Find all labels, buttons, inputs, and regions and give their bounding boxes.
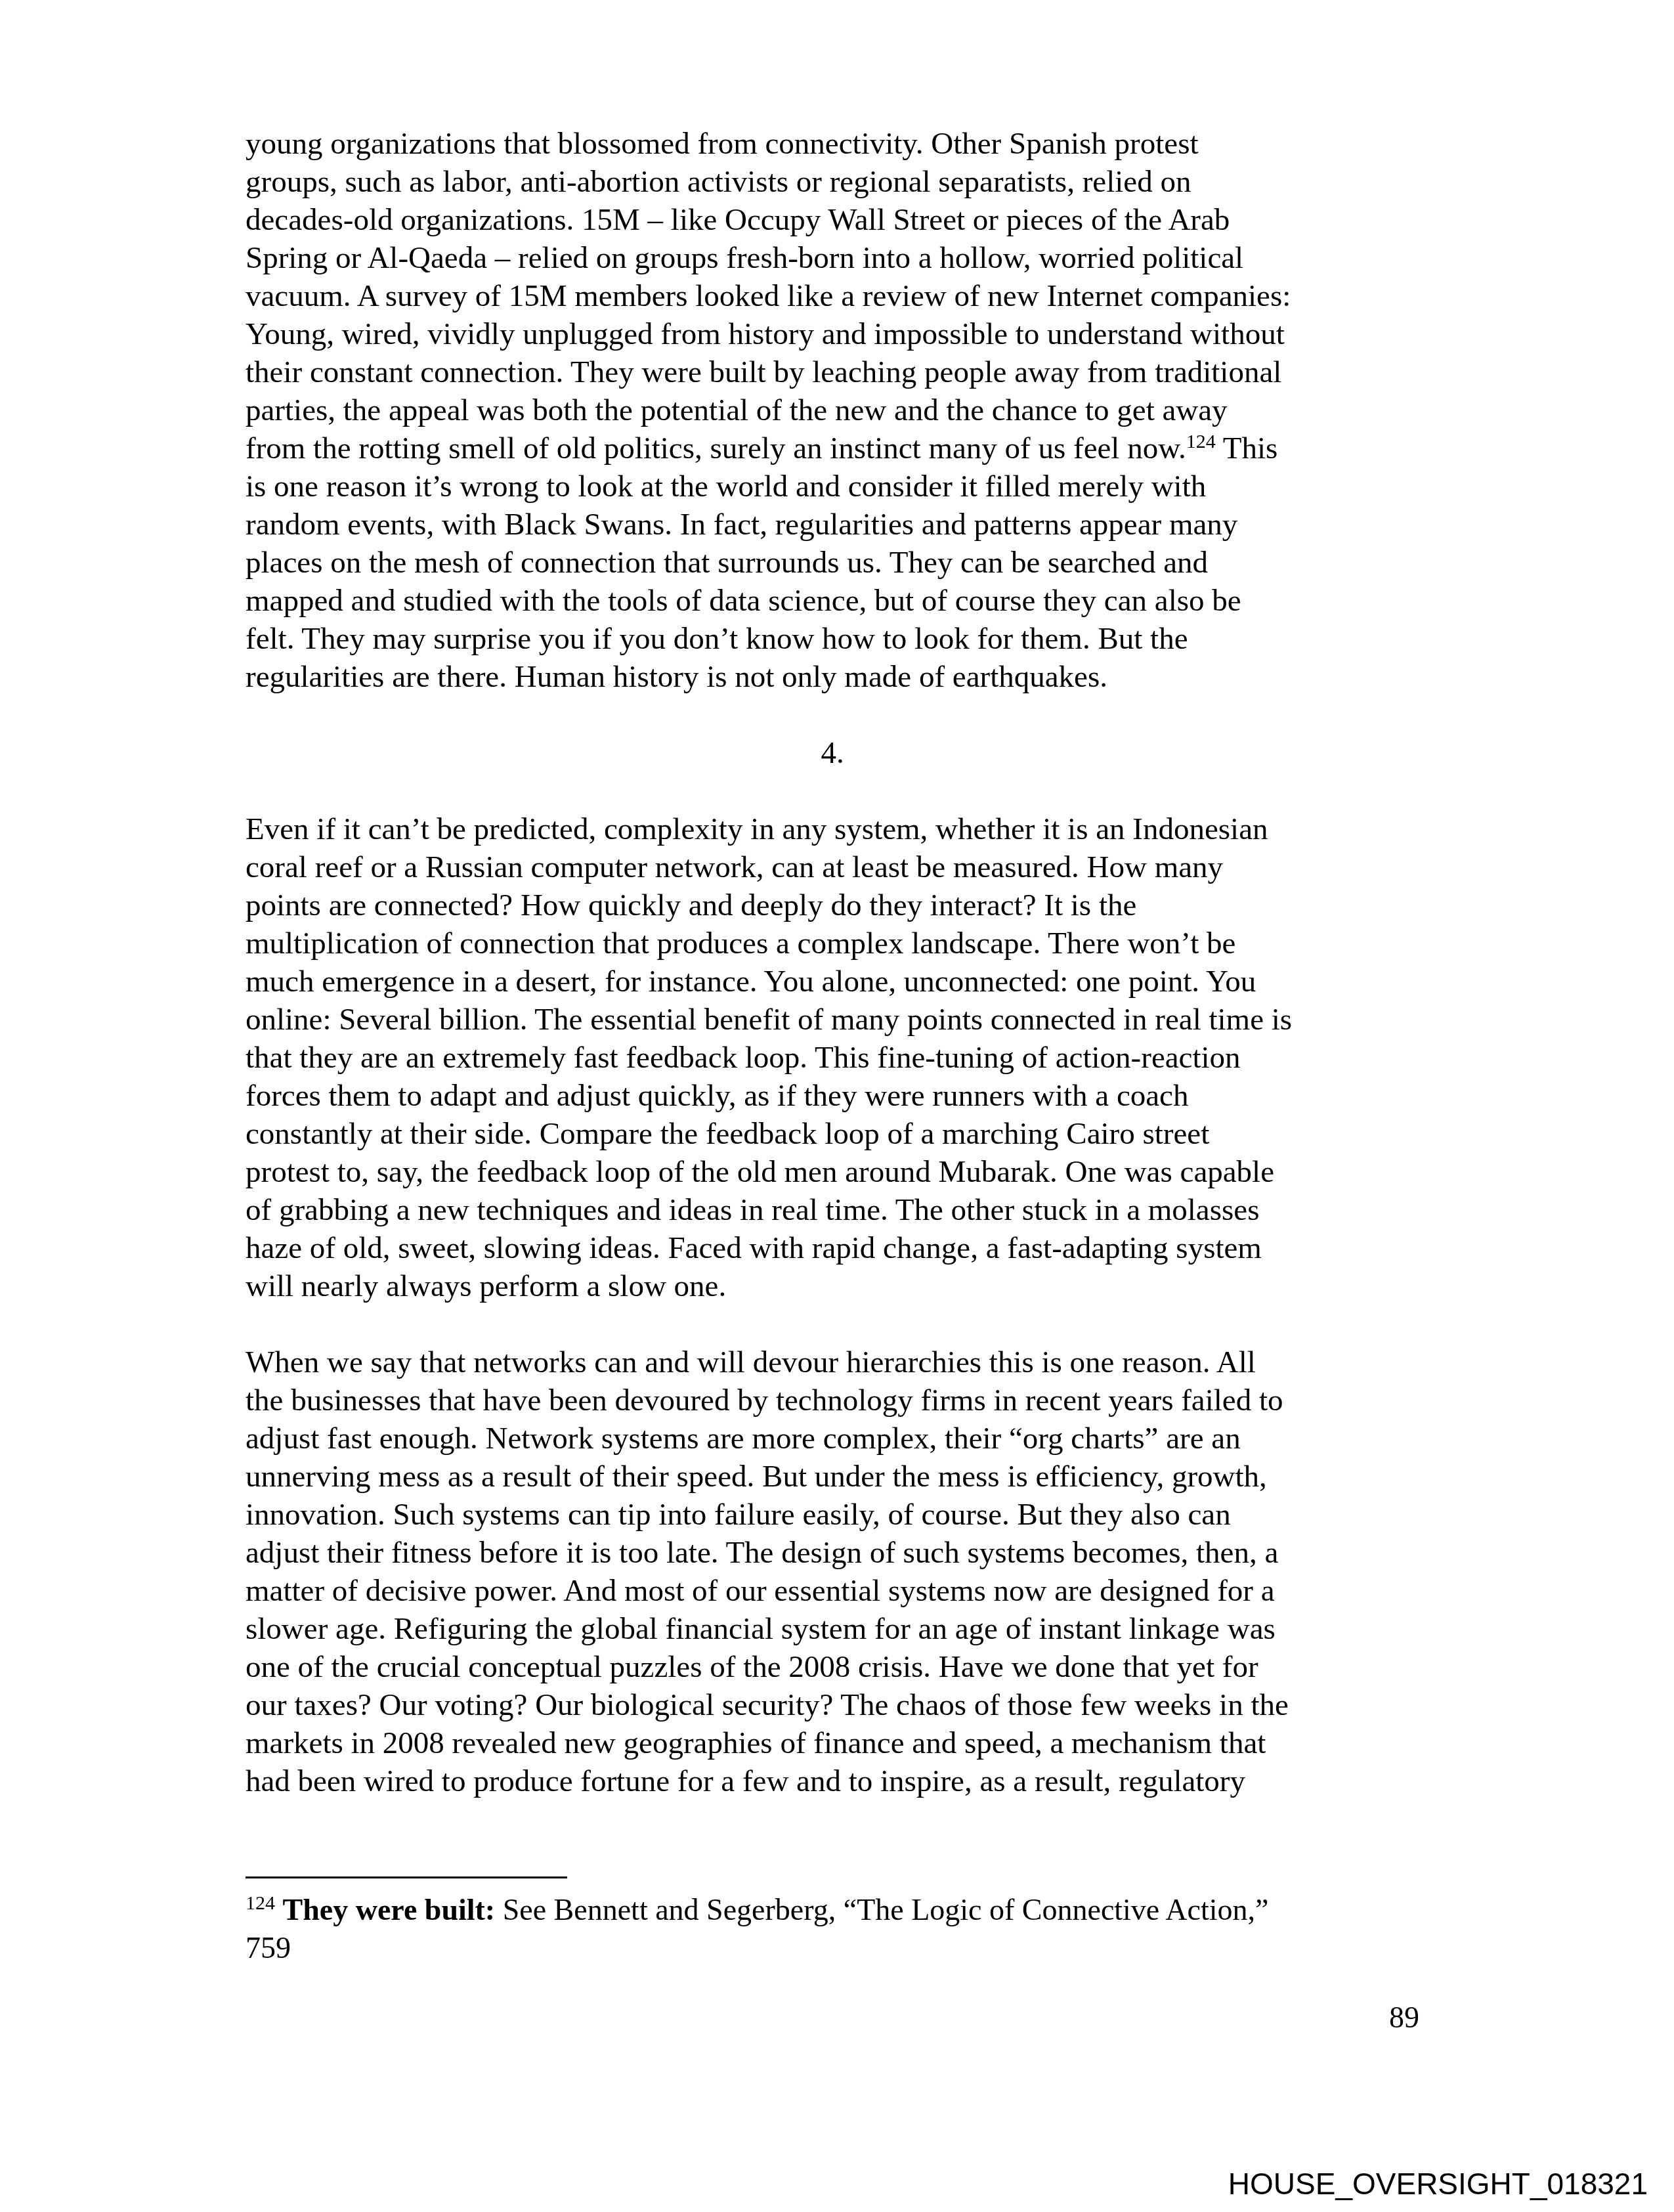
text-line: constantly at their side. Compare the fe… <box>246 1115 1427 1153</box>
text-line: young organizations that blossomed from … <box>246 125 1427 163</box>
paragraph-1: young organizations that blossomed from … <box>246 125 1427 696</box>
text-line: Young, wired, vividly unplugged from his… <box>246 315 1427 353</box>
text-segment: This <box>1216 431 1277 466</box>
text-line: is one reason it’s wrong to look at the … <box>246 467 1427 506</box>
paragraph-2: Even if it can’t be predicted, complexit… <box>246 810 1427 1305</box>
spacer <box>246 772 1427 810</box>
text-line: places on the mesh of connection that su… <box>246 544 1427 582</box>
footnote-lead: They were built: <box>283 1893 496 1926</box>
page-body: young organizations that blossomed from … <box>246 125 1427 1800</box>
footnote-number: 124 <box>246 1892 275 1914</box>
text-line: regularities are there. Human history is… <box>246 658 1427 696</box>
text-line: adjust their fitness before it is too la… <box>246 1534 1427 1572</box>
text-line: decades-old organizations. 15M – like Oc… <box>246 201 1427 239</box>
footnote-line: 124 They were built: See Bennett and Seg… <box>246 1891 1427 1929</box>
spacer <box>246 1305 1427 1343</box>
text-line: felt. They may surprise you if you don’t… <box>246 620 1427 658</box>
text-line: much emergence in a desert, for instance… <box>246 963 1427 1001</box>
spacer <box>246 696 1427 734</box>
text-line: will nearly always perform a slow one. <box>246 1267 1427 1305</box>
text-line: markets in 2008 revealed new geographies… <box>246 1724 1427 1762</box>
text-line: When we say that networks can and will d… <box>246 1343 1427 1381</box>
footnote-124: 124 They were built: See Bennett and Seg… <box>246 1891 1427 1967</box>
section-heading: 4. <box>246 734 1419 772</box>
footnote-text: See Bennett and Segerberg, “The Logic of… <box>495 1893 1268 1926</box>
text-line: the businesses that have been devoured b… <box>246 1381 1427 1420</box>
text-line: their constant connection. They were bui… <box>246 353 1427 391</box>
text-line: unnerving mess as a result of their spee… <box>246 1458 1427 1496</box>
footnote-reference-124[interactable]: 124 <box>1186 431 1216 452</box>
text-line: our taxes? Our voting? Our biological se… <box>246 1686 1427 1724</box>
text-line: random events, with Black Swans. In fact… <box>246 506 1427 544</box>
footnote-continuation: 759 <box>246 1929 1427 1967</box>
text-segment: from the rotting smell of old politics, … <box>246 431 1186 466</box>
text-line: vacuum. A survey of 15M members looked l… <box>246 277 1427 315</box>
text-line: innovation. Such systems can tip into fa… <box>246 1496 1427 1534</box>
text-line: online: Several billion. The essential b… <box>246 1001 1427 1039</box>
footnote-separator <box>246 1876 567 1878</box>
text-line: mapped and studied with the tools of dat… <box>246 582 1427 620</box>
text-line: matter of decisive power. And most of ou… <box>246 1572 1427 1610</box>
text-line: forces them to adapt and adjust quickly,… <box>246 1077 1427 1115</box>
text-line: Even if it can’t be predicted, complexit… <box>246 810 1427 848</box>
text-line: protest to, say, the feedback loop of th… <box>246 1153 1427 1191</box>
text-line: that they are an extremely fast feedback… <box>246 1039 1427 1077</box>
text-line: of grabbing a new techniques and ideas i… <box>246 1191 1427 1229</box>
text-line: haze of old, sweet, slowing ideas. Faced… <box>246 1229 1427 1267</box>
text-line: parties, the appeal was both the potenti… <box>246 391 1427 429</box>
text-line: slower age. Refiguring the global financ… <box>246 1610 1427 1648</box>
text-line: coral reef or a Russian computer network… <box>246 848 1427 886</box>
paragraph-3: When we say that networks can and will d… <box>246 1343 1427 1800</box>
text-line: adjust fast enough. Network systems are … <box>246 1420 1427 1458</box>
text-line: Spring or Al-Qaeda – relied on groups fr… <box>246 239 1427 277</box>
text-line: multiplication of connection that produc… <box>246 924 1427 963</box>
page-number: 89 <box>1389 1999 1419 2037</box>
text-line: had been wired to produce fortune for a … <box>246 1762 1427 1800</box>
text-line: one of the crucial conceptual puzzles of… <box>246 1648 1427 1686</box>
bates-stamp: HOUSE_OVERSIGHT_018321 <box>1228 2165 1648 2202</box>
text-line-with-footnote: from the rotting smell of old politics, … <box>246 429 1427 467</box>
text-line: groups, such as labor, anti-abortion act… <box>246 163 1427 201</box>
text-line: points are connected? How quickly and de… <box>246 886 1427 924</box>
